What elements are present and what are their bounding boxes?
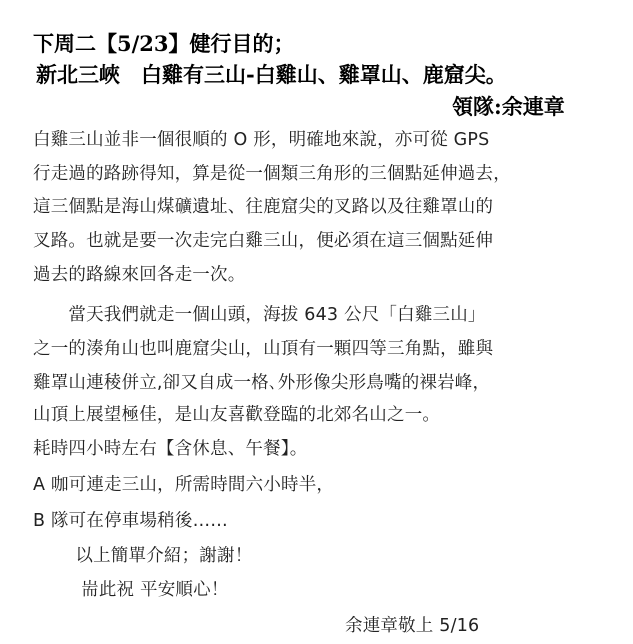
closing-wishes: 耑此祝 平安順心！ (40, 576, 229, 601)
title-line-1: 下周二【5/23】健行目的； (33, 28, 295, 58)
paragraph-2-line-2: 之一的湊角山也叫鹿窟尖山，山頂有一顆四等三角點，雖與 (33, 335, 493, 360)
paragraph-1-line-4: 叉路。也就是要一次走完白雞三山，便必須在這三個點延伸 (33, 227, 493, 252)
paragraph-2-line-3: 雞罩山連稜併立,卻又自成一格､外形像尖形鳥嘴的裸岩峰， (33, 369, 490, 394)
team-a-note: A 咖可連走三山，所需時間六小時半， (33, 471, 334, 496)
paragraph-2-line-4: 山頂上展望極佳，是山友喜歡登臨的北郊名山之一。 (33, 401, 440, 426)
paragraph-1-line-3: 這三個點是海山煤礦遺址、往鹿窟尖的叉路以及往雞罩山的 (33, 193, 493, 218)
closing-thanks: 以上簡單介紹；謝謝！ (40, 542, 252, 567)
team-b-note: B 隊可在停車場稍後…… (33, 507, 228, 532)
duration-note: 耗時四小時左右【含休息、午餐】。 (33, 435, 307, 460)
paragraph-2-line-1: 當天我們就走一個山頭，海拔 643 公尺「白雞三山」 (33, 301, 486, 326)
signature: 余連章敬上 5/16 (345, 612, 479, 637)
title-line-2: 新北三峽 白雞有三山-白雞山、雞罩山、鹿窟尖。 (36, 59, 507, 89)
paragraph-1-line-5: 過去的路線來回各走一次。 (33, 261, 245, 286)
leader-name: 領隊:余連章 (452, 91, 565, 121)
paragraph-1-line-1: 白雞三山並非一個很順的 O 形，明確地來說，亦可從 GPS (33, 126, 489, 151)
paragraph-1-line-2: 行走過的路跡得知，算是從一個類三角形的三個點延伸過去， (33, 160, 511, 185)
